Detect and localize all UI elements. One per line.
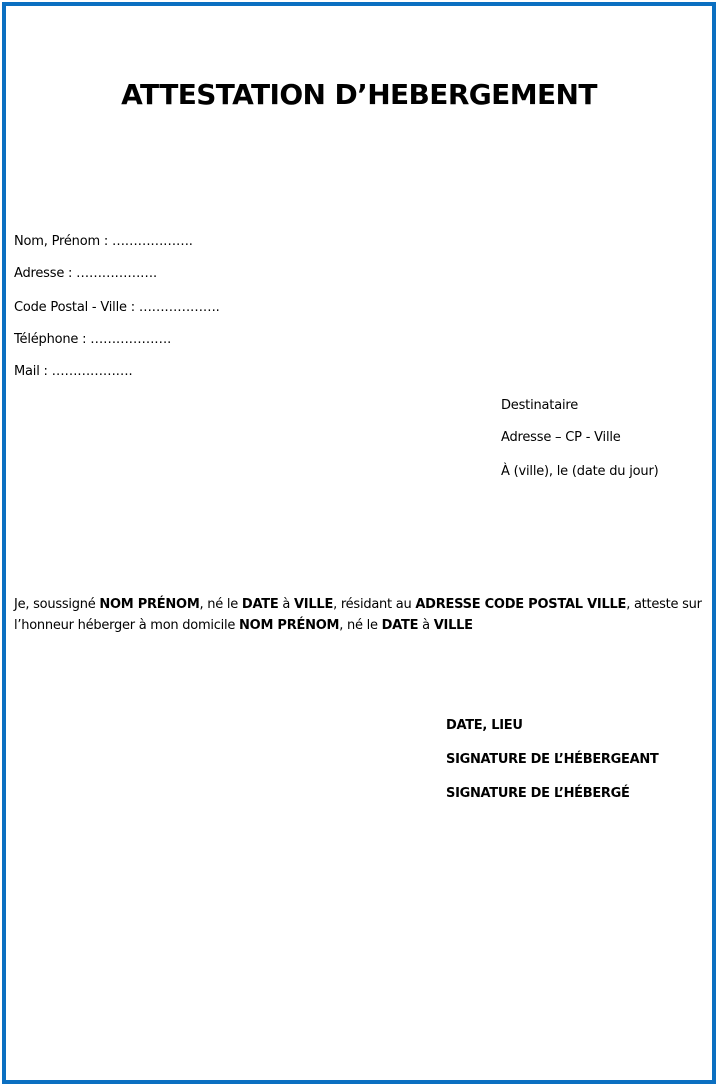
body-text: , résidant au xyxy=(333,597,415,612)
body-text: , né le xyxy=(339,618,381,633)
placeholder-value: ADRESSE CODE POSTAL VILLE xyxy=(415,597,626,612)
place-date: À (ville), le (date du jour) xyxy=(501,464,658,479)
body-text: à xyxy=(279,597,294,612)
document-title: ATTESTATION D’HEBERGEMENT xyxy=(6,78,712,111)
placeholder-value: NOM PRÉNOM xyxy=(99,597,199,612)
body-text: Je, soussigné xyxy=(14,597,99,612)
sender-postal-city-field: Code Postal - Ville : ………………. xyxy=(14,300,220,315)
host-signature-label: SIGNATURE DE L’HÉBERGEANT xyxy=(446,752,659,767)
sender-mail-field: Mail : ………………. xyxy=(14,364,132,379)
guest-signature-label: SIGNATURE DE L’HÉBERGÉ xyxy=(446,786,630,801)
sender-phone-field: Téléphone : ………………. xyxy=(14,332,171,347)
document-page: ATTESTATION D’HEBERGEMENT Nom, Prénom : … xyxy=(2,2,716,1084)
recipient-name: Destinataire xyxy=(501,398,578,413)
placeholder-value: VILLE xyxy=(434,618,473,633)
body-text: , né le xyxy=(200,597,242,612)
date-place-label: DATE, LIEU xyxy=(446,718,523,733)
sender-address-field: Adresse : ………………. xyxy=(14,266,157,281)
placeholder-value: DATE xyxy=(242,597,279,612)
attestation-body: Je, soussigné NOM PRÉNOM, né le DATE à V… xyxy=(14,594,714,636)
placeholder-value: NOM PRÉNOM xyxy=(239,618,339,633)
recipient-address: Adresse – CP - Ville xyxy=(501,430,621,445)
body-text: à xyxy=(418,618,433,633)
sender-name-field: Nom, Prénom : ………………. xyxy=(14,234,193,249)
placeholder-value: DATE xyxy=(382,618,419,633)
placeholder-value: VILLE xyxy=(294,597,333,612)
